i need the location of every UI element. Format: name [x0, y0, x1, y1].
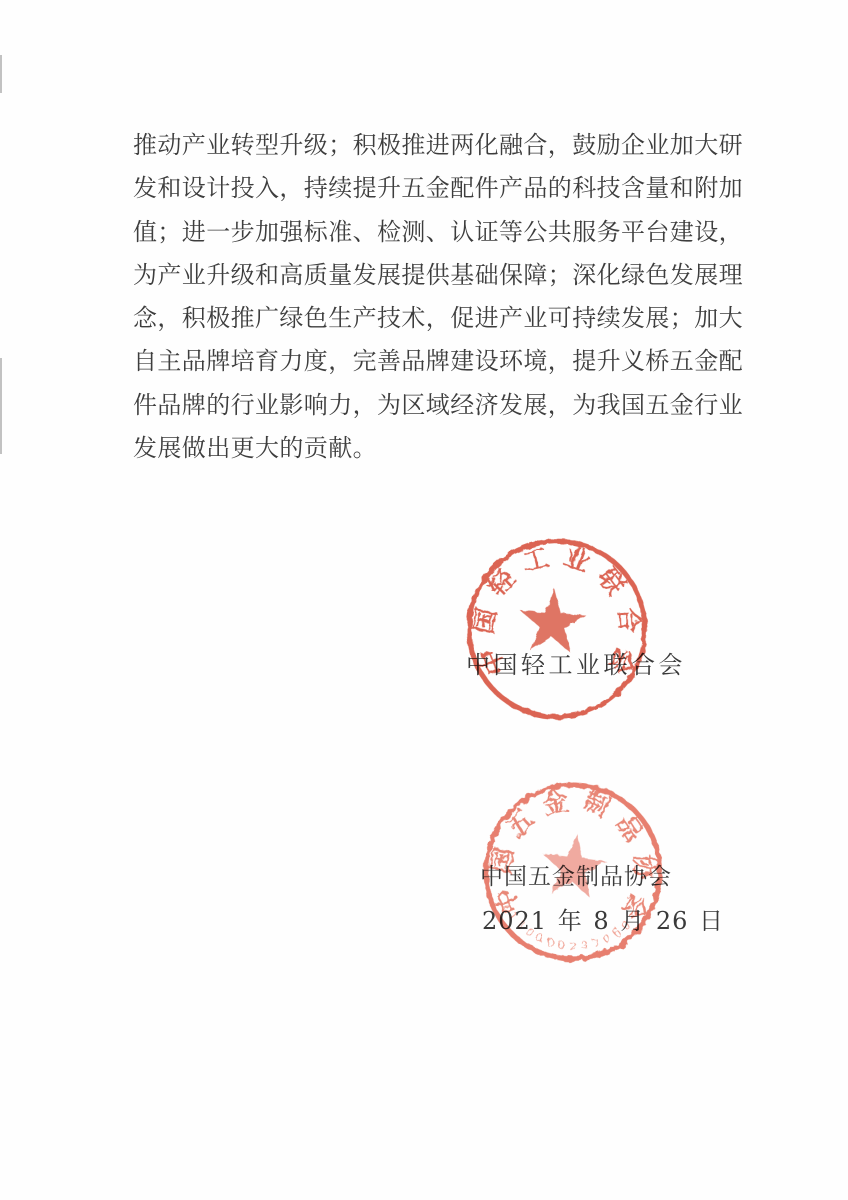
paragraph-line: 推动产业转型升级；积极推进两化融合，鼓励企业加大研 [133, 124, 719, 167]
scan-edge-artifact [0, 358, 2, 454]
signature-date: 2021 年 8 月 26 日 [482, 901, 724, 936]
scan-edge-artifact [0, 55, 2, 93]
document-page: 推动产业转型升级；积极推进两化融合，鼓励企业加大研 发和设计投入，持续提升五金配… [0, 0, 848, 1200]
seal-ring [463, 535, 651, 723]
body-paragraph: 推动产业转型升级；积极推进两化融合，鼓励企业加大研 发和设计投入，持续提升五金配… [133, 124, 719, 470]
paragraph-line: 值；进一步加强标准、检测、认证等公共服务平台建设， [133, 211, 719, 254]
org-signature-light-industry-council: 中国轻工业联合会 [466, 645, 686, 680]
org-signature-hardware-association: 中国五金制品协会 [480, 858, 672, 891]
star-icon [517, 587, 587, 654]
paragraph-line: 件品牌的行业影响力，为区域经济发展，为我国五金行业 [133, 384, 719, 427]
paragraph-line: 发展做出更大的贡献。 [133, 427, 719, 470]
paragraph-line: 念，积极推广绿色生产技术，促进产业可持续发展；加大 [133, 297, 719, 340]
paragraph-line: 发和设计投入，持续提升五金配件产品的科技含量和附加 [133, 167, 719, 210]
paragraph-line: 为产业升级和高质量发展提供基础保障；深化绿色发展理 [133, 254, 719, 297]
seal-light-industry-council: 中国轻工业联合会 [456, 528, 659, 731]
paragraph-line: 自主品牌培育力度，完善品牌建设环境，提升义桥五金配 [133, 340, 719, 383]
